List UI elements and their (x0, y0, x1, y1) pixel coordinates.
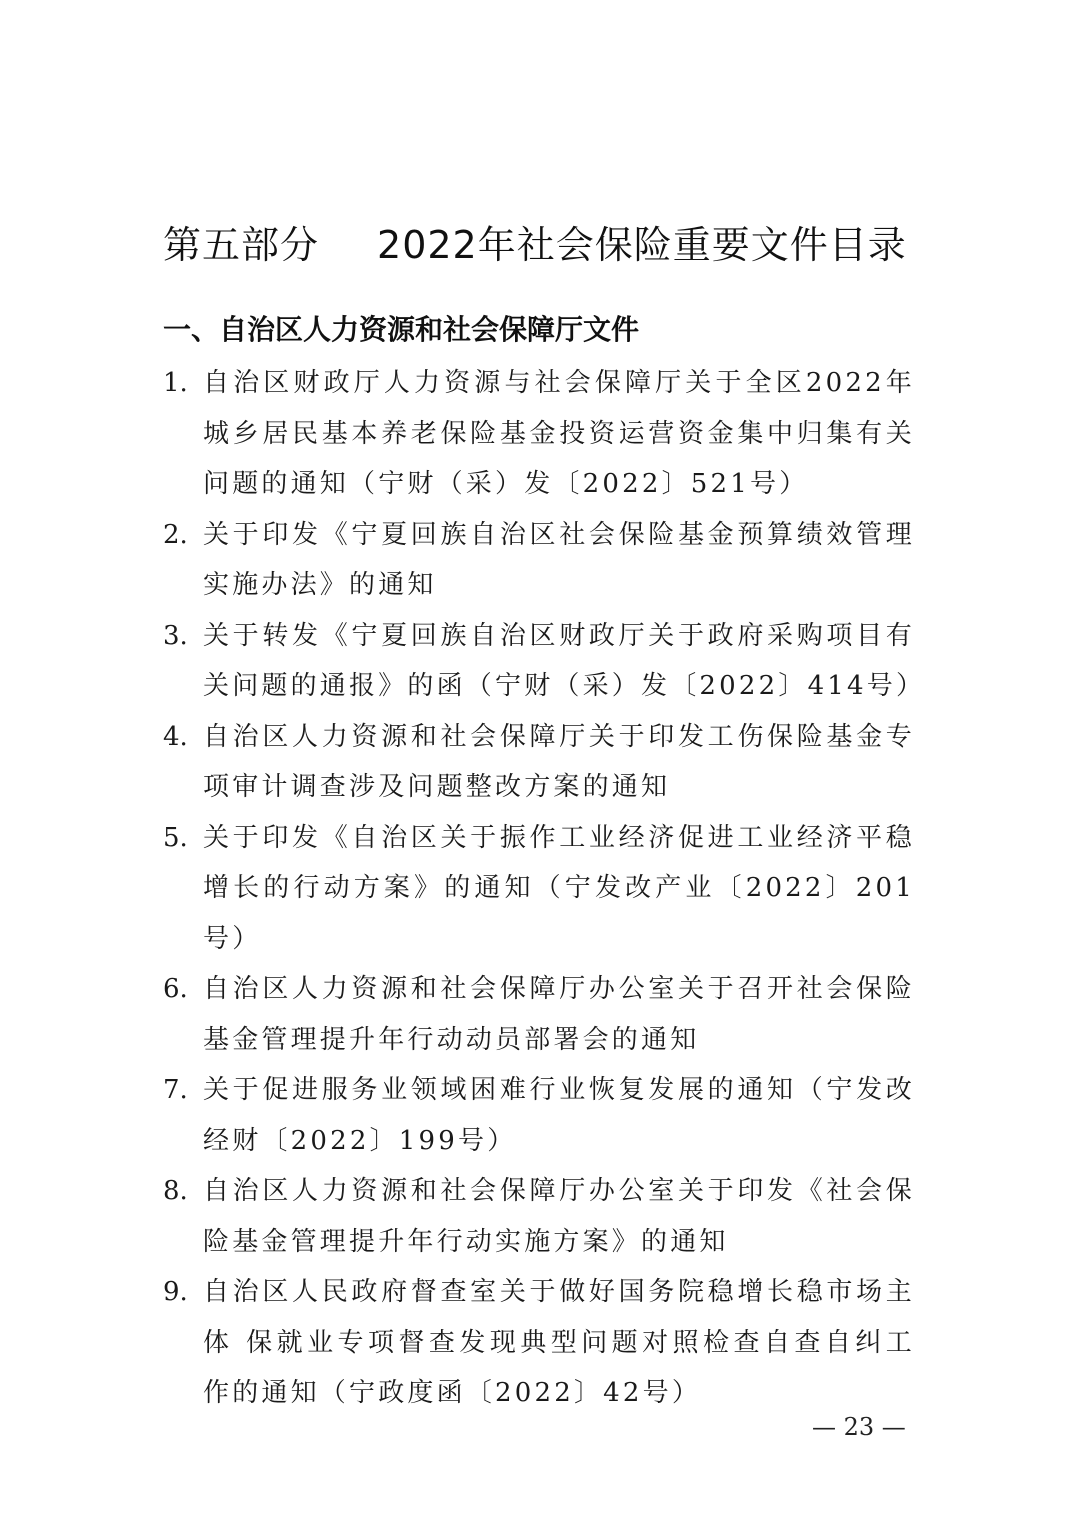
item-number: 5. (163, 813, 203, 965)
item-text: 关于印发《自治区关于振作工业经济促进工业经济平稳增长的行动方案》的通知（宁发改产… (203, 813, 915, 965)
list-item: 1.自治区财政厅人力资源与社会保障厅关于全区2022年城乡居民基本养老保险基金投… (163, 358, 915, 510)
list-item: 4.自治区人力资源和社会保障厅关于印发工伤保险基金专项审计调查涉及问题整改方案的… (163, 712, 915, 813)
item-text: 自治区财政厅人力资源与社会保障厅关于全区2022年城乡居民基本养老保险基金投资运… (203, 358, 915, 510)
list-item: 7.关于促进服务业领域困难行业恢复发展的通知（宁发改经财〔2022〕199号） (163, 1065, 915, 1166)
page-number: — 23 — (812, 1410, 906, 1444)
item-number: 4. (163, 712, 203, 813)
list-item: 8.自治区人力资源和社会保障厅办公室关于印发《社会保险基金管理提升年行动实施方案… (163, 1166, 915, 1267)
item-text: 关于促进服务业领域困难行业恢复发展的通知（宁发改经财〔2022〕199号） (203, 1065, 915, 1166)
list-item: 2.关于印发《宁夏回族自治区社会保险基金预算绩效管理实施办法》的通知 (163, 510, 915, 611)
list-item: 3.关于转发《宁夏回族自治区财政厅关于政府采购项目有关问题的通报》的函（宁财（采… (163, 611, 915, 712)
page-title: 第五部分2022年社会保险重要文件目录 (163, 220, 907, 270)
item-text: 自治区人民政府督查室关于做好国务院稳增长稳市场主体 保就业专项督查发现典型问题对… (203, 1267, 915, 1419)
section-heading: 一、自治区人力资源和社会保障厅文件 (163, 310, 639, 350)
list-item: 9.自治区人民政府督查室关于做好国务院稳增长稳市场主体 保就业专项督查发现典型问… (163, 1267, 915, 1419)
item-text: 自治区人力资源和社会保障厅关于印发工伤保险基金专项审计调查涉及问题整改方案的通知 (203, 712, 915, 813)
title-part: 第五部分 (163, 223, 319, 267)
item-text: 自治区人力资源和社会保障厅办公室关于印发《社会保险基金管理提升年行动实施方案》的… (203, 1166, 915, 1267)
item-text: 关于转发《宁夏回族自治区财政厅关于政府采购项目有关问题的通报》的函（宁财（采）发… (203, 611, 915, 712)
item-number: 7. (163, 1065, 203, 1166)
document-list: 1.自治区财政厅人力资源与社会保障厅关于全区2022年城乡居民基本养老保险基金投… (163, 358, 915, 1419)
list-item: 6.自治区人力资源和社会保障厅办公室关于召开社会保险基金管理提升年行动动员部署会… (163, 964, 915, 1065)
item-number: 2. (163, 510, 203, 611)
item-text: 关于印发《宁夏回族自治区社会保险基金预算绩效管理实施办法》的通知 (203, 510, 915, 611)
item-text: 自治区人力资源和社会保障厅办公室关于召开社会保险基金管理提升年行动动员部署会的通… (203, 964, 915, 1065)
title-main: 2022年社会保险重要文件目录 (377, 223, 907, 267)
list-item: 5.关于印发《自治区关于振作工业经济促进工业经济平稳增长的行动方案》的通知（宁发… (163, 813, 915, 965)
item-number: 1. (163, 358, 203, 510)
item-number: 3. (163, 611, 203, 712)
item-number: 9. (163, 1267, 203, 1419)
item-number: 8. (163, 1166, 203, 1267)
item-number: 6. (163, 964, 203, 1065)
